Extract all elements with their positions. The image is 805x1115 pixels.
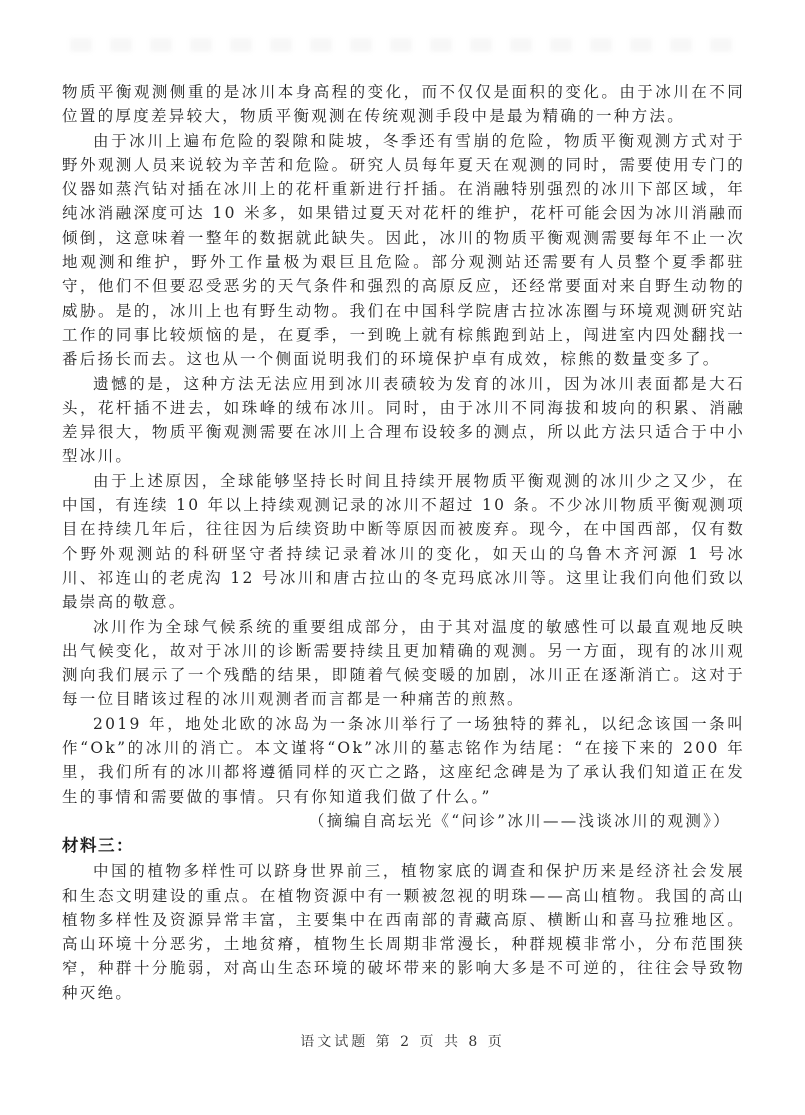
- scan-bleed-through-artifact: [70, 38, 740, 52]
- exam-paper-page: 物质平衡观测侧重的是冰川本身高程的变化，而不仅仅是面积的变化。由于冰川在不同位置…: [0, 0, 805, 1115]
- paragraph-climate-sensitivity: 冰川作为全球气候系统的重要组成部分，由于其对温度的敏感性可以最直观地反映出气候变…: [62, 615, 745, 712]
- passage-body: 物质平衡观测侧重的是冰川本身高程的变化，而不仅仅是面积的变化。由于冰川在不同位置…: [62, 80, 745, 1005]
- paragraph-alpine-plants: 中国的植物多样性可以跻身世界前三，植物家底的调查和保护历来是经济社会发展和生态文…: [62, 859, 745, 1005]
- paragraph-ok-glacier-funeral: 2019 年，地处北欧的冰岛为一条冰川举行了一场独特的葬礼，以纪念该国一条叫作“…: [62, 712, 745, 809]
- paragraph-material2-continuation: 物质平衡观测侧重的是冰川本身高程的变化，而不仅仅是面积的变化。由于冰川在不同位置…: [62, 80, 745, 129]
- source-attribution: （摘编自高坛光《“问诊”冰川——浅谈冰川的观测》）: [62, 809, 745, 833]
- section-heading-material-three: 材料三：: [62, 833, 745, 859]
- paragraph-glacier-fieldwork-danger: 由于冰川上遍布危险的裂隙和陡坡，冬季还有雪崩的危险，物质平衡观测方式对于野外观测…: [62, 129, 745, 372]
- page-footer: 语文试题 第 2 页 共 8 页: [0, 1031, 805, 1051]
- paragraph-method-limitations: 遗憾的是，这种方法无法应用到冰川表碛较为发育的冰川，因为冰川表面都是大石头，花杆…: [62, 372, 745, 469]
- paragraph-longterm-observation-scarcity: 由于上述原因，全球能够坚持长时间且持续开展物质平衡观测的冰川少之又少，在中国，有…: [62, 469, 745, 615]
